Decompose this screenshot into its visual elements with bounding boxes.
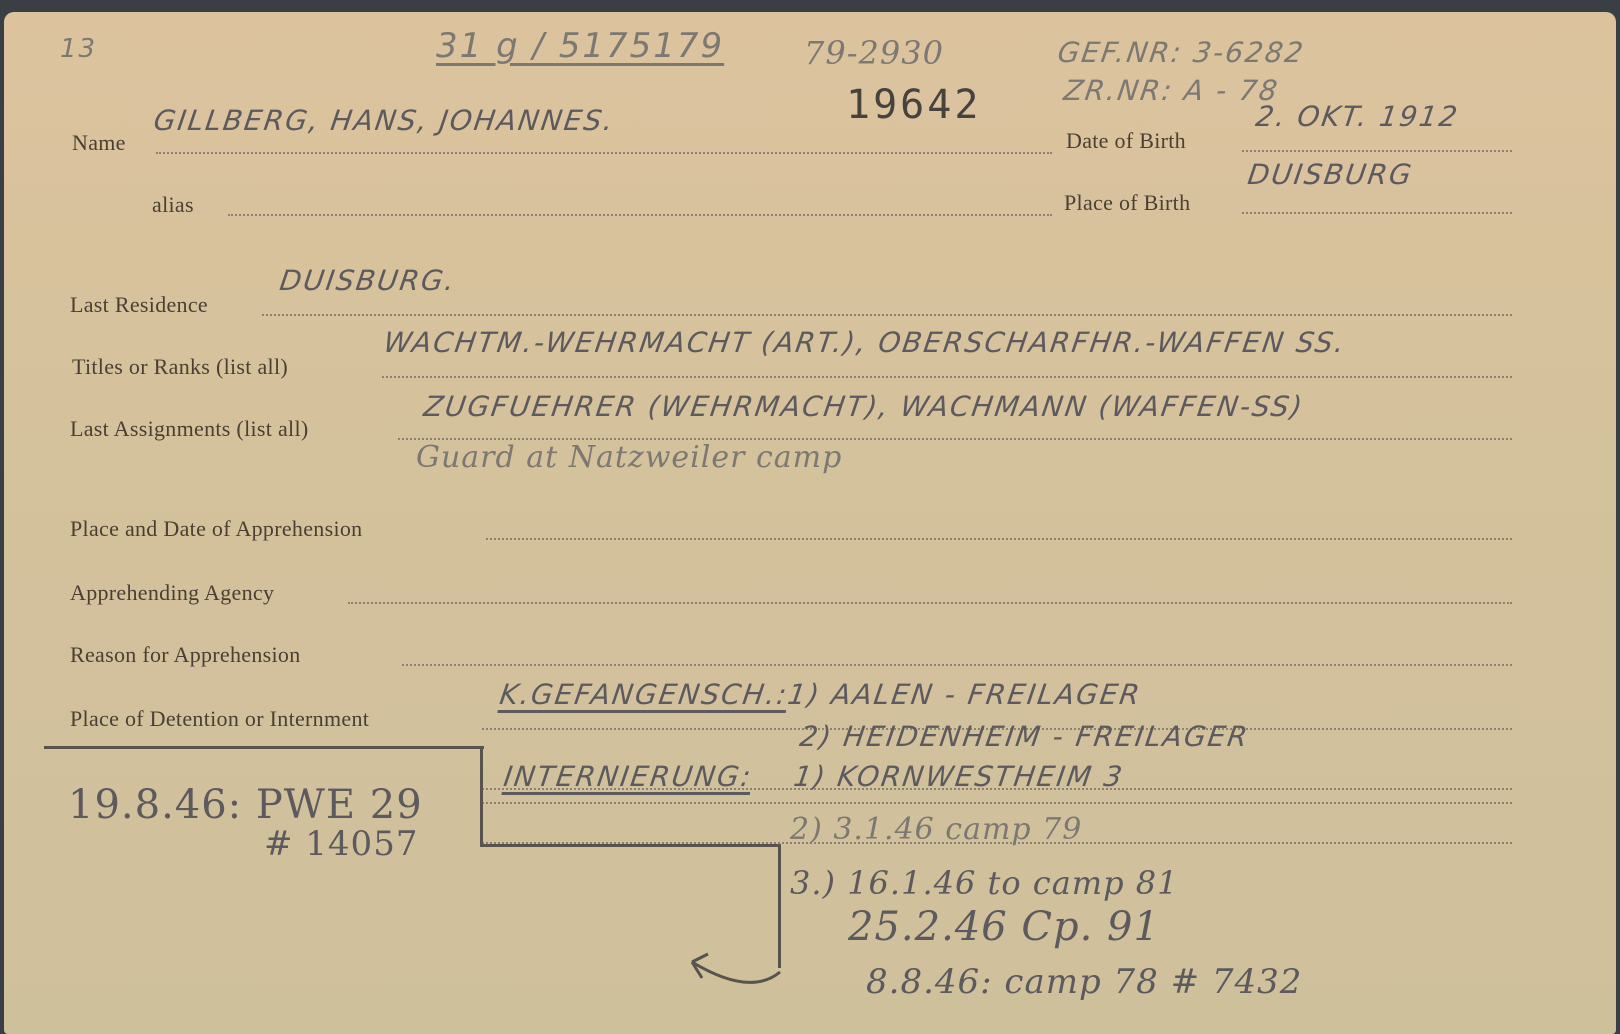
- pob-label: Place of Birth: [1064, 190, 1190, 216]
- gef-number: GEF.NR: 3-6282: [1056, 36, 1307, 69]
- pob-value: DUISBURG: [1246, 158, 1416, 191]
- name-value: GILLBERG, HANS, JOHANNES.: [152, 104, 617, 137]
- alias-label: alias: [152, 192, 194, 218]
- dob-value: 2. OKT. 1912: [1254, 100, 1461, 133]
- last-residence-value: DUISBURG.: [278, 264, 458, 297]
- box-note-line-1: 19.8.46: PWE 29: [68, 782, 423, 828]
- box-note-line-2: # 14057: [264, 824, 418, 864]
- apprehension-place-label: Place and Date of Apprehension: [70, 516, 362, 542]
- corner-number: 13: [60, 34, 97, 64]
- detention-line-3: [482, 802, 1512, 804]
- assignments-note: Guard at Natzweiler camp: [416, 440, 842, 475]
- internee-record-card: 13 31 g / 5175179 79-2930 19642 GEF.NR: …: [4, 12, 1616, 1034]
- name-label: Name: [72, 130, 126, 156]
- int-entry-3: 3.) 16.1.46 to camp 81: [790, 864, 1179, 902]
- box-top-line: [44, 746, 484, 749]
- assignments-label: Last Assignments (list all): [70, 416, 308, 442]
- pob-line: [1242, 212, 1512, 214]
- alias-line: [228, 214, 1052, 216]
- arrow-icon: [680, 942, 790, 1012]
- name-line: [156, 152, 1052, 154]
- reference-number: 79-2930: [804, 34, 944, 72]
- reason-label: Reason for Apprehension: [70, 642, 301, 668]
- internierung-label: INTERNIERUNG:: [502, 760, 755, 793]
- reason-line: [402, 664, 1512, 666]
- int-entry-4: 25.2.46 Cp. 91: [848, 904, 1160, 950]
- agency-label: Apprehending Agency: [70, 580, 274, 606]
- box-right-line: [480, 748, 483, 846]
- titles-value: WACHTM.-WEHRMACHT (ART.), OBERSCHARFHR.-…: [382, 326, 1348, 359]
- file-number: 31 g / 5175179: [436, 26, 724, 66]
- stamp-number: 19642: [846, 82, 981, 128]
- titles-label: Titles or Ranks (list all): [72, 354, 288, 380]
- kg-entry-1: 1) AALEN - FREILAGER: [786, 678, 1144, 711]
- assignments-value: ZUGFUEHRER (WEHRMACHT), WACHMANN (WAFFEN…: [422, 390, 1306, 423]
- titles-line: [382, 376, 1512, 378]
- dob-label: Date of Birth: [1066, 128, 1186, 154]
- zr-number: ZR.NR: A - 78: [1062, 74, 1282, 107]
- box-bottom-line: [480, 844, 780, 847]
- int-entry-1: 1) KORNWESTHEIM 3: [792, 760, 1126, 793]
- agency-line: [348, 602, 1512, 604]
- apprehension-place-line: [486, 538, 1512, 540]
- kg-label: K.GEFANGENSCH.:: [498, 678, 791, 711]
- dob-line: [1242, 150, 1512, 152]
- detention-label: Place of Detention or Internment: [70, 706, 369, 732]
- last-residence-line: [262, 314, 1512, 316]
- kg-entry-2: 2) HEIDENHEIM - FREILAGER: [798, 720, 1252, 753]
- int-entry-5: 8.8.46: camp 78 # 7432: [866, 962, 1302, 1002]
- last-residence-label: Last Residence: [70, 292, 208, 318]
- int-entry-2: 2) 3.1.46 camp 79: [790, 812, 1082, 847]
